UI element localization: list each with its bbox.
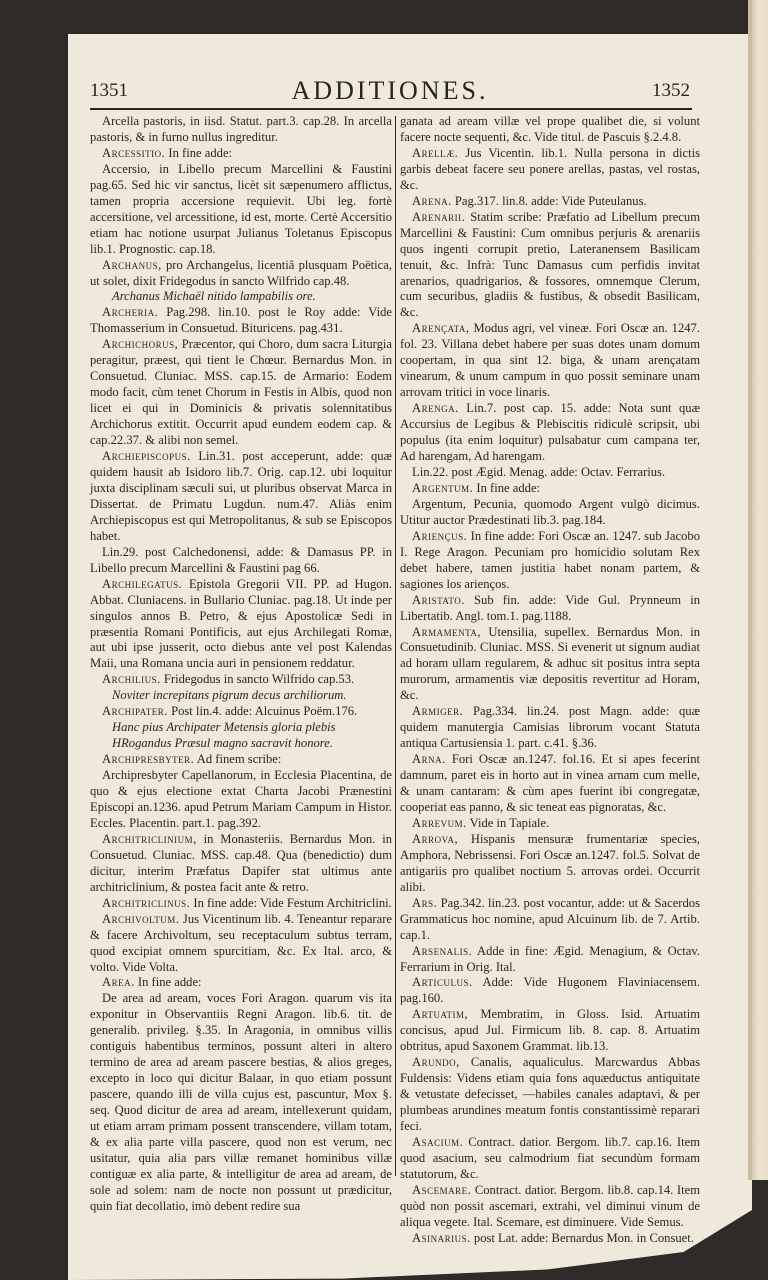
entry-text: In fine adde: bbox=[168, 146, 232, 160]
dictionary-entry: Arcessitio. In fine adde: bbox=[90, 146, 392, 162]
entry-headword: Arrova, bbox=[412, 832, 458, 846]
dictionary-entry: Archichorus, Præcentor, qui Choro, dum s… bbox=[90, 337, 392, 449]
dictionary-entry: Architriclinium, in Monasteriis. Bernard… bbox=[90, 832, 392, 896]
dictionary-entry: Area. In fine adde: bbox=[90, 975, 392, 991]
entry-text: Arcella pastoris, in iisd. Statut. part.… bbox=[90, 114, 392, 144]
entry-headword: Arrevum. bbox=[412, 816, 467, 830]
dictionary-entry: Archipater. Post lin.4. adde: Alcuinus P… bbox=[90, 704, 392, 720]
dictionary-entry: Arrevum. Vide in Tapiale. bbox=[400, 816, 700, 832]
entry-text: Lin.29. post Calchedonensi, adde: & Dama… bbox=[90, 545, 392, 575]
entry-text: Lin.31. post acceperunt, adde: quæ quide… bbox=[90, 449, 392, 543]
dictionary-entry: HRogandus Præsul magno sacravit honore. bbox=[90, 736, 392, 752]
dictionary-entry: Lin.22. post Ægid. Menag. adde: Octav. F… bbox=[400, 465, 700, 481]
entry-text: In fine adde: bbox=[476, 481, 540, 495]
entry-headword: Armamenta, bbox=[412, 625, 481, 639]
entry-headword: Arellæ. bbox=[412, 146, 458, 160]
dictionary-entry: Accersio, in Libello precum Marcellini &… bbox=[90, 162, 392, 258]
entry-text: Noviter increpitans pigrum decus archili… bbox=[112, 688, 346, 702]
dictionary-entry: Articulus. Adde: Vide Hugonem Flaviniace… bbox=[400, 975, 700, 1007]
entry-text: Pag.342. lin.23. post vocantur, adde: ut… bbox=[400, 896, 700, 942]
entry-headword: Archilegatus. bbox=[102, 577, 182, 591]
entry-text: Statim scribe: Præfatio ad Libellum prec… bbox=[400, 210, 700, 320]
entry-text: De area ad aream, voces Fori Aragon. qua… bbox=[90, 991, 392, 1212]
entry-headword: Archipater. bbox=[102, 704, 168, 718]
entry-text: Hanc pius Archipater Metensis gloria ple… bbox=[112, 720, 336, 734]
entry-headword: Archilius. bbox=[102, 672, 161, 686]
entry-headword: Arençata, bbox=[412, 321, 470, 335]
dictionary-entry: Lin.29. post Calchedonensi, adde: & Dama… bbox=[90, 545, 392, 577]
entry-text: In fine adde: Vide Festum Architriclini. bbox=[193, 896, 391, 910]
dictionary-entry: Arcella pastoris, in iisd. Statut. part.… bbox=[90, 114, 392, 146]
dictionary-entry: Archilius. Fridegodus in sancto Wilfrido… bbox=[90, 672, 392, 688]
entry-headword: Articulus. bbox=[412, 975, 473, 989]
entry-headword: Archivoltum. bbox=[102, 912, 179, 926]
entry-text: Pag.317. lin.8. adde: Vide Puteulanus. bbox=[455, 194, 647, 208]
dictionary-entry: Arrova, Hispanis mensuræ frumentariæ spe… bbox=[400, 832, 700, 896]
entry-headword: Arcessitio. bbox=[102, 146, 165, 160]
entry-text: Post lin.4. adde: Alcuinus Poëm.176. bbox=[171, 704, 357, 718]
entry-headword: Architriclinus. bbox=[102, 896, 190, 910]
dictionary-entry: Ascemare. Contract. datior. Bergom. lib.… bbox=[400, 1183, 700, 1231]
dictionary-entry: Hanc pius Archipater Metensis gloria ple… bbox=[90, 720, 392, 736]
dictionary-entry: Archivoltum. Jus Vicentinum lib. 4. Tene… bbox=[90, 912, 392, 976]
facing-page-edge bbox=[752, 0, 768, 1180]
entry-text: Argentum, Pecunia, quomodo Argent vulgò … bbox=[400, 497, 700, 527]
entry-headword: Arna. bbox=[412, 752, 446, 766]
dictionary-entry: Arundo, Canalis, aqualiculus. Marcwardus… bbox=[400, 1055, 700, 1135]
entry-text: Præcentor, qui Choro, dum sacra Liturgia… bbox=[90, 337, 392, 447]
dictionary-entry: Asinarius. post Lat. adde: Bernardus Mon… bbox=[400, 1231, 700, 1247]
dictionary-entry: Arena. Pag.317. lin.8. adde: Vide Puteul… bbox=[400, 194, 700, 210]
entry-headword: Archeria. bbox=[102, 305, 158, 319]
entry-text: post Lat. adde: Bernardus Mon. in Consue… bbox=[474, 1231, 694, 1245]
dictionary-entry: Ars. Pag.342. lin.23. post vocantur, add… bbox=[400, 896, 700, 944]
entry-text: In fine adde: bbox=[138, 975, 202, 989]
entry-headword: Arenarii. bbox=[412, 210, 465, 224]
entry-headword: Area. bbox=[102, 975, 135, 989]
entry-text: Archipresbyter Capellanorum, in Ecclesia… bbox=[90, 768, 392, 830]
dictionary-entry: Arna. Fori Oscæ an.1247. fol.16. Et si a… bbox=[400, 752, 700, 816]
entry-headword: Arundo, bbox=[412, 1055, 460, 1069]
dictionary-entry: Armamenta, Utensilia, supellex. Bernardu… bbox=[400, 625, 700, 705]
entry-headword: Ariençus. bbox=[412, 529, 467, 543]
right-column: ganata ad aream villæ vel prope qualibet… bbox=[400, 114, 700, 1247]
dictionary-entry: Arenarii. Statim scribe: Præfatio ad Lib… bbox=[400, 210, 700, 322]
dictionary-entry: Arsenalis. Adde in fine: Ægid. Menagium,… bbox=[400, 944, 700, 976]
dictionary-entry: ganata ad aream villæ vel prope qualibet… bbox=[400, 114, 700, 146]
left-column: Arcella pastoris, in iisd. Statut. part.… bbox=[90, 114, 392, 1215]
dictionary-entry: Archanus Michaël nitido lampabilis ore. bbox=[90, 289, 392, 305]
entry-text: ganata ad aream villæ vel prope qualibet… bbox=[400, 114, 700, 144]
dictionary-entry: Arençata, Modus agri, vel vineæ. Fori Os… bbox=[400, 321, 700, 401]
entry-headword: Archiepiscopus. bbox=[102, 449, 191, 463]
dictionary-entry: Noviter increpitans pigrum decus archili… bbox=[90, 688, 392, 704]
entry-headword: Armiger. bbox=[412, 704, 463, 718]
entry-headword: Ascemare. bbox=[412, 1183, 471, 1197]
dictionary-entry: Aristato. Sub fin. adde: Vide Gul. Prynn… bbox=[400, 593, 700, 625]
dictionary-entry: Archanus, pro Archangelus, licentiâ plus… bbox=[90, 258, 392, 290]
page-number-right: 1352 bbox=[652, 80, 690, 102]
dictionary-entry: Archipresbyter Capellanorum, in Ecclesia… bbox=[90, 768, 392, 832]
dictionary-entry: Archipresbyter. Ad finem scribe: bbox=[90, 752, 392, 768]
dictionary-entry: Artuatim, Membratim, in Gloss. Isid. Art… bbox=[400, 1007, 700, 1055]
entry-headword: Aristato. bbox=[412, 593, 465, 607]
entry-headword: Archipresbyter. bbox=[102, 752, 194, 766]
entry-headword: Ars. bbox=[412, 896, 437, 910]
entry-text: Fridegodus in sancto Wilfrido cap.53. bbox=[164, 672, 354, 686]
dictionary-entry: Asacium. Contract. datior. Bergom. lib.7… bbox=[400, 1135, 700, 1183]
entry-text: Lin.22. post Ægid. Menag. adde: Octav. F… bbox=[412, 465, 665, 479]
entry-headword: Archanus, bbox=[102, 258, 162, 272]
entry-text: Archanus Michaël nitido lampabilis ore. bbox=[112, 289, 316, 303]
entry-text: HRogandus Præsul magno sacravit honore. bbox=[112, 736, 333, 750]
running-title: ADDITIONES. bbox=[90, 76, 690, 106]
dictionary-entry: Ariençus. In fine adde: Fori Oscæ an. 12… bbox=[400, 529, 700, 593]
dictionary-entry: Architriclinus. In fine adde: Vide Festu… bbox=[90, 896, 392, 912]
entry-headword: Arena. bbox=[412, 194, 452, 208]
entry-text: Accersio, in Libello precum Marcellini &… bbox=[90, 162, 392, 256]
entry-text: Vide in Tapiale. bbox=[470, 816, 550, 830]
dictionary-entry: Archeria. Pag.298. lin.10. post le Roy a… bbox=[90, 305, 392, 337]
dictionary-entry: Archilegatus. Epistola Gregorii VII. PP.… bbox=[90, 577, 392, 673]
entry-headword: Artuatim, bbox=[412, 1007, 468, 1021]
entry-headword: Asacium. bbox=[412, 1135, 463, 1149]
entry-headword: Archichorus, bbox=[102, 337, 178, 351]
entry-headword: Architriclinium, bbox=[102, 832, 197, 846]
entry-headword: Asinarius. bbox=[412, 1231, 471, 1245]
dictionary-entry: Arenga. Lin.7. post cap. 15. adde: Nota … bbox=[400, 401, 700, 465]
dictionary-entry: Armiger. Pag.334. lin.24. post Magn. add… bbox=[400, 704, 700, 752]
entry-headword: Argentum. bbox=[412, 481, 473, 495]
dictionary-entry: Argentum. In fine adde: bbox=[400, 481, 700, 497]
book-page: 1351 ADDITIONES. 1352 Arcella pastoris, … bbox=[68, 34, 752, 1280]
dictionary-entry: Argentum, Pecunia, quomodo Argent vulgò … bbox=[400, 497, 700, 529]
header-rule bbox=[90, 108, 692, 110]
entry-text: Ad finem scribe: bbox=[197, 752, 282, 766]
dictionary-entry: Arellæ. Jus Vicentin. lib.1. Nulla perso… bbox=[400, 146, 700, 194]
dictionary-entry: De area ad aream, voces Fori Aragon. qua… bbox=[90, 991, 392, 1214]
column-divider bbox=[395, 116, 396, 1176]
dictionary-entry: Archiepiscopus. Lin.31. post acceperunt,… bbox=[90, 449, 392, 545]
entry-headword: Arenga. bbox=[412, 401, 459, 415]
page-header: 1351 ADDITIONES. 1352 bbox=[90, 76, 690, 106]
entry-headword: Arsenalis. bbox=[412, 944, 472, 958]
